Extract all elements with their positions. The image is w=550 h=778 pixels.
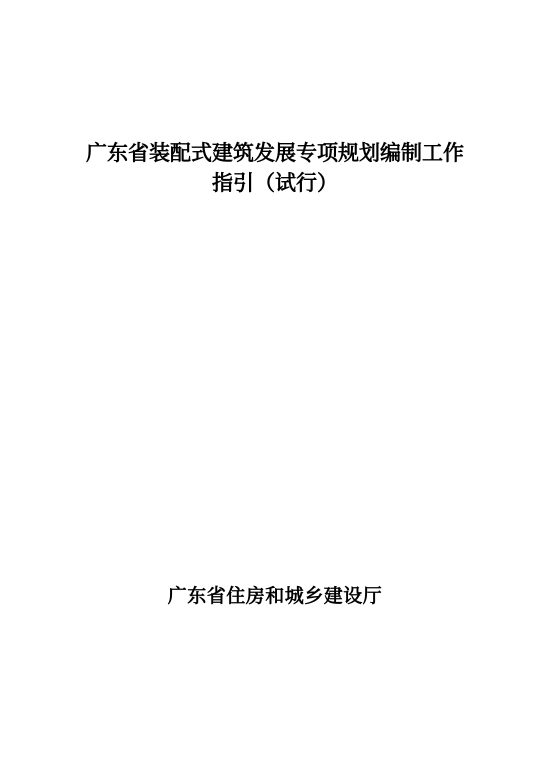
title-line-1: 广东省装配式建筑发展专项规划编制工作 [0,138,550,168]
document-title: 广东省装配式建筑发展专项规划编制工作 指引（试行） [0,138,550,198]
publisher-name: 广东省住房和城乡建设厅 [0,585,550,608]
document-page: 广东省装配式建筑发展专项规划编制工作 指引（试行） 广东省住房和城乡建设厅 [0,0,550,778]
title-line-2: 指引（试行） [0,168,550,198]
